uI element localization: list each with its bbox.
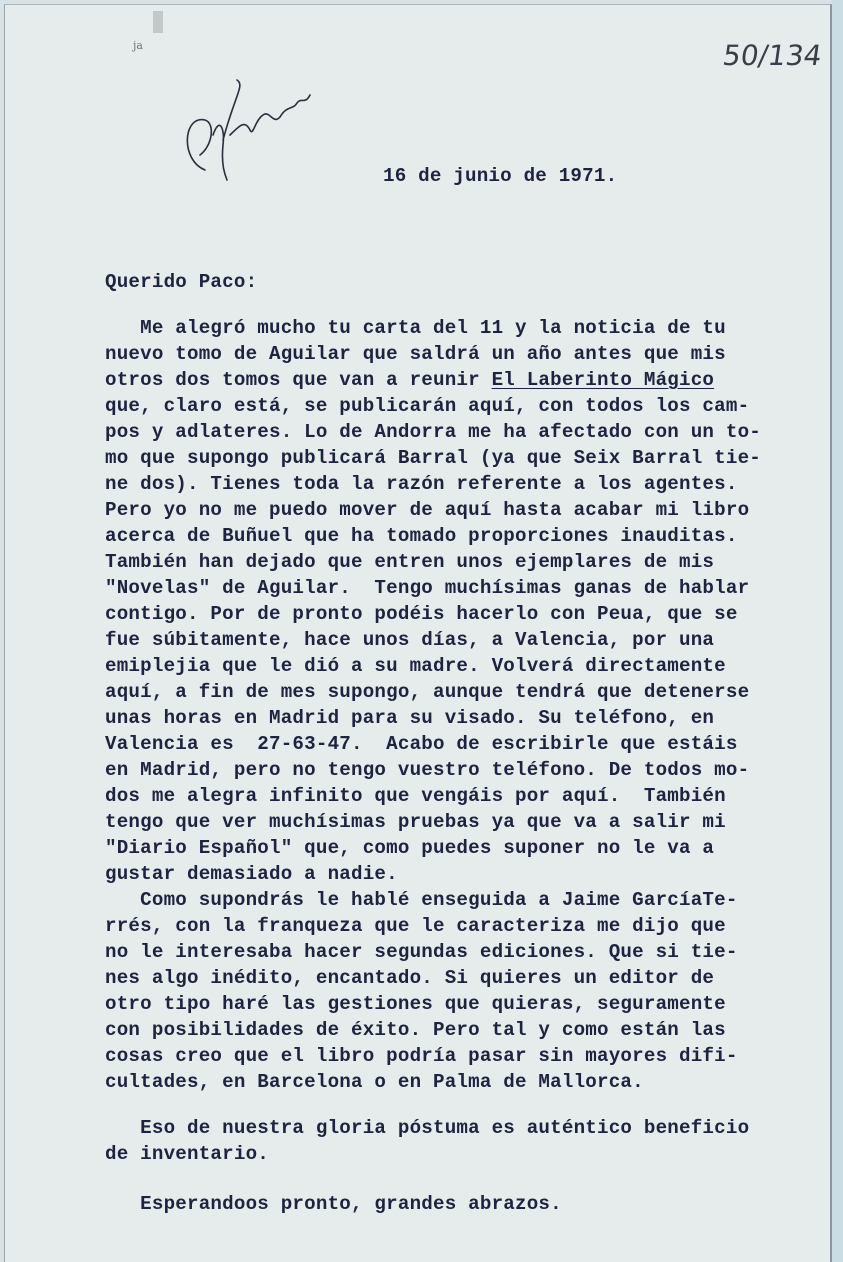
text-line: aquí, a fin de mes supongo, aunque tendr… [105, 681, 749, 703]
text-line: nes algo inédito, encantado. Si quieres … [105, 967, 714, 989]
text-line: otros dos tomos que van a reunir El Labe… [105, 369, 714, 391]
text-line: cosas creo que el libro podría pasar sin… [105, 1045, 738, 1067]
text-line: Pero yo no me puedo mover de aquí hasta … [105, 499, 749, 521]
text-line: emiplejia que le dió a su madre. Volverá… [105, 655, 726, 677]
text-line: no le interesaba hacer segundas edicione… [105, 941, 738, 963]
handwritten-annotation-icon [175, 75, 325, 185]
text-line: Como supondrás le hablé enseguida a Jaim… [105, 889, 738, 911]
text-line: ne dos). Tienes toda la razón referente … [105, 473, 738, 495]
text-line: de inventario. [105, 1143, 269, 1165]
scan-edge [832, 0, 843, 1262]
scan-smudge [153, 11, 163, 33]
text-line: También han dejado que entren unos ejemp… [105, 551, 714, 573]
archive-number: 50/134 [721, 39, 824, 72]
letter-date: 16 de junio de 1971. [383, 165, 617, 187]
text-line: dos me alegra infinito que vengáis por a… [105, 785, 726, 807]
text-line: pos y adlateres. Lo de Andorra me ha afe… [105, 421, 761, 443]
text-line: Valencia es 27-63-47. Acabo de escribirl… [105, 733, 738, 755]
text-line: fue súbitamente, hace unos días, a Valen… [105, 629, 714, 651]
text-line: "Novelas" de Aguilar. Tengo muchísimas g… [105, 577, 749, 599]
salutation: Querido Paco: [105, 271, 257, 293]
text-line: con posibilidades de éxito. Pero tal y c… [105, 1019, 726, 1041]
text-line: contigo. Por de pronto podéis hacerlo co… [105, 603, 738, 625]
corner-mark: ja [133, 39, 143, 52]
text-line: rrés, con la franqueza que le caracteriz… [105, 915, 726, 937]
text-line: Esperandoos pronto, grandes abrazos. [105, 1193, 562, 1215]
text-line: tengo que ver muchísimas pruebas ya que … [105, 811, 726, 833]
text-line: otro tipo haré las gestiones que quieras… [105, 993, 726, 1015]
text-line: en Madrid, pero no tengo vuestro teléfon… [105, 759, 749, 781]
letter-page: ja 50/134 16 de junio de 1971. Querido P… [4, 4, 832, 1262]
underlined-book-title: El Laberinto Mágico [492, 369, 715, 391]
text-line: que, claro está, se publicarán aquí, con… [105, 395, 749, 417]
text-line: cultades, en Barcelona o en Palma de Mal… [105, 1071, 644, 1093]
text-line: "Diario Español" que, como puedes supone… [105, 837, 714, 859]
text-line: acerca de Buñuel que ha tomado proporcio… [105, 525, 738, 547]
text-line: unas horas en Madrid para su visado. Su … [105, 707, 714, 729]
text-line: Me alegró mucho tu carta del 11 y la not… [105, 317, 726, 339]
text-line: nuevo tomo de Aguilar que saldrá un año … [105, 343, 726, 365]
text-line: mo que supongo publicará Barral (ya que … [105, 447, 761, 469]
text-line: gustar demasiado a nadie. [105, 863, 398, 885]
text-line: Eso de nuestra gloria póstuma es auténti… [105, 1117, 749, 1139]
